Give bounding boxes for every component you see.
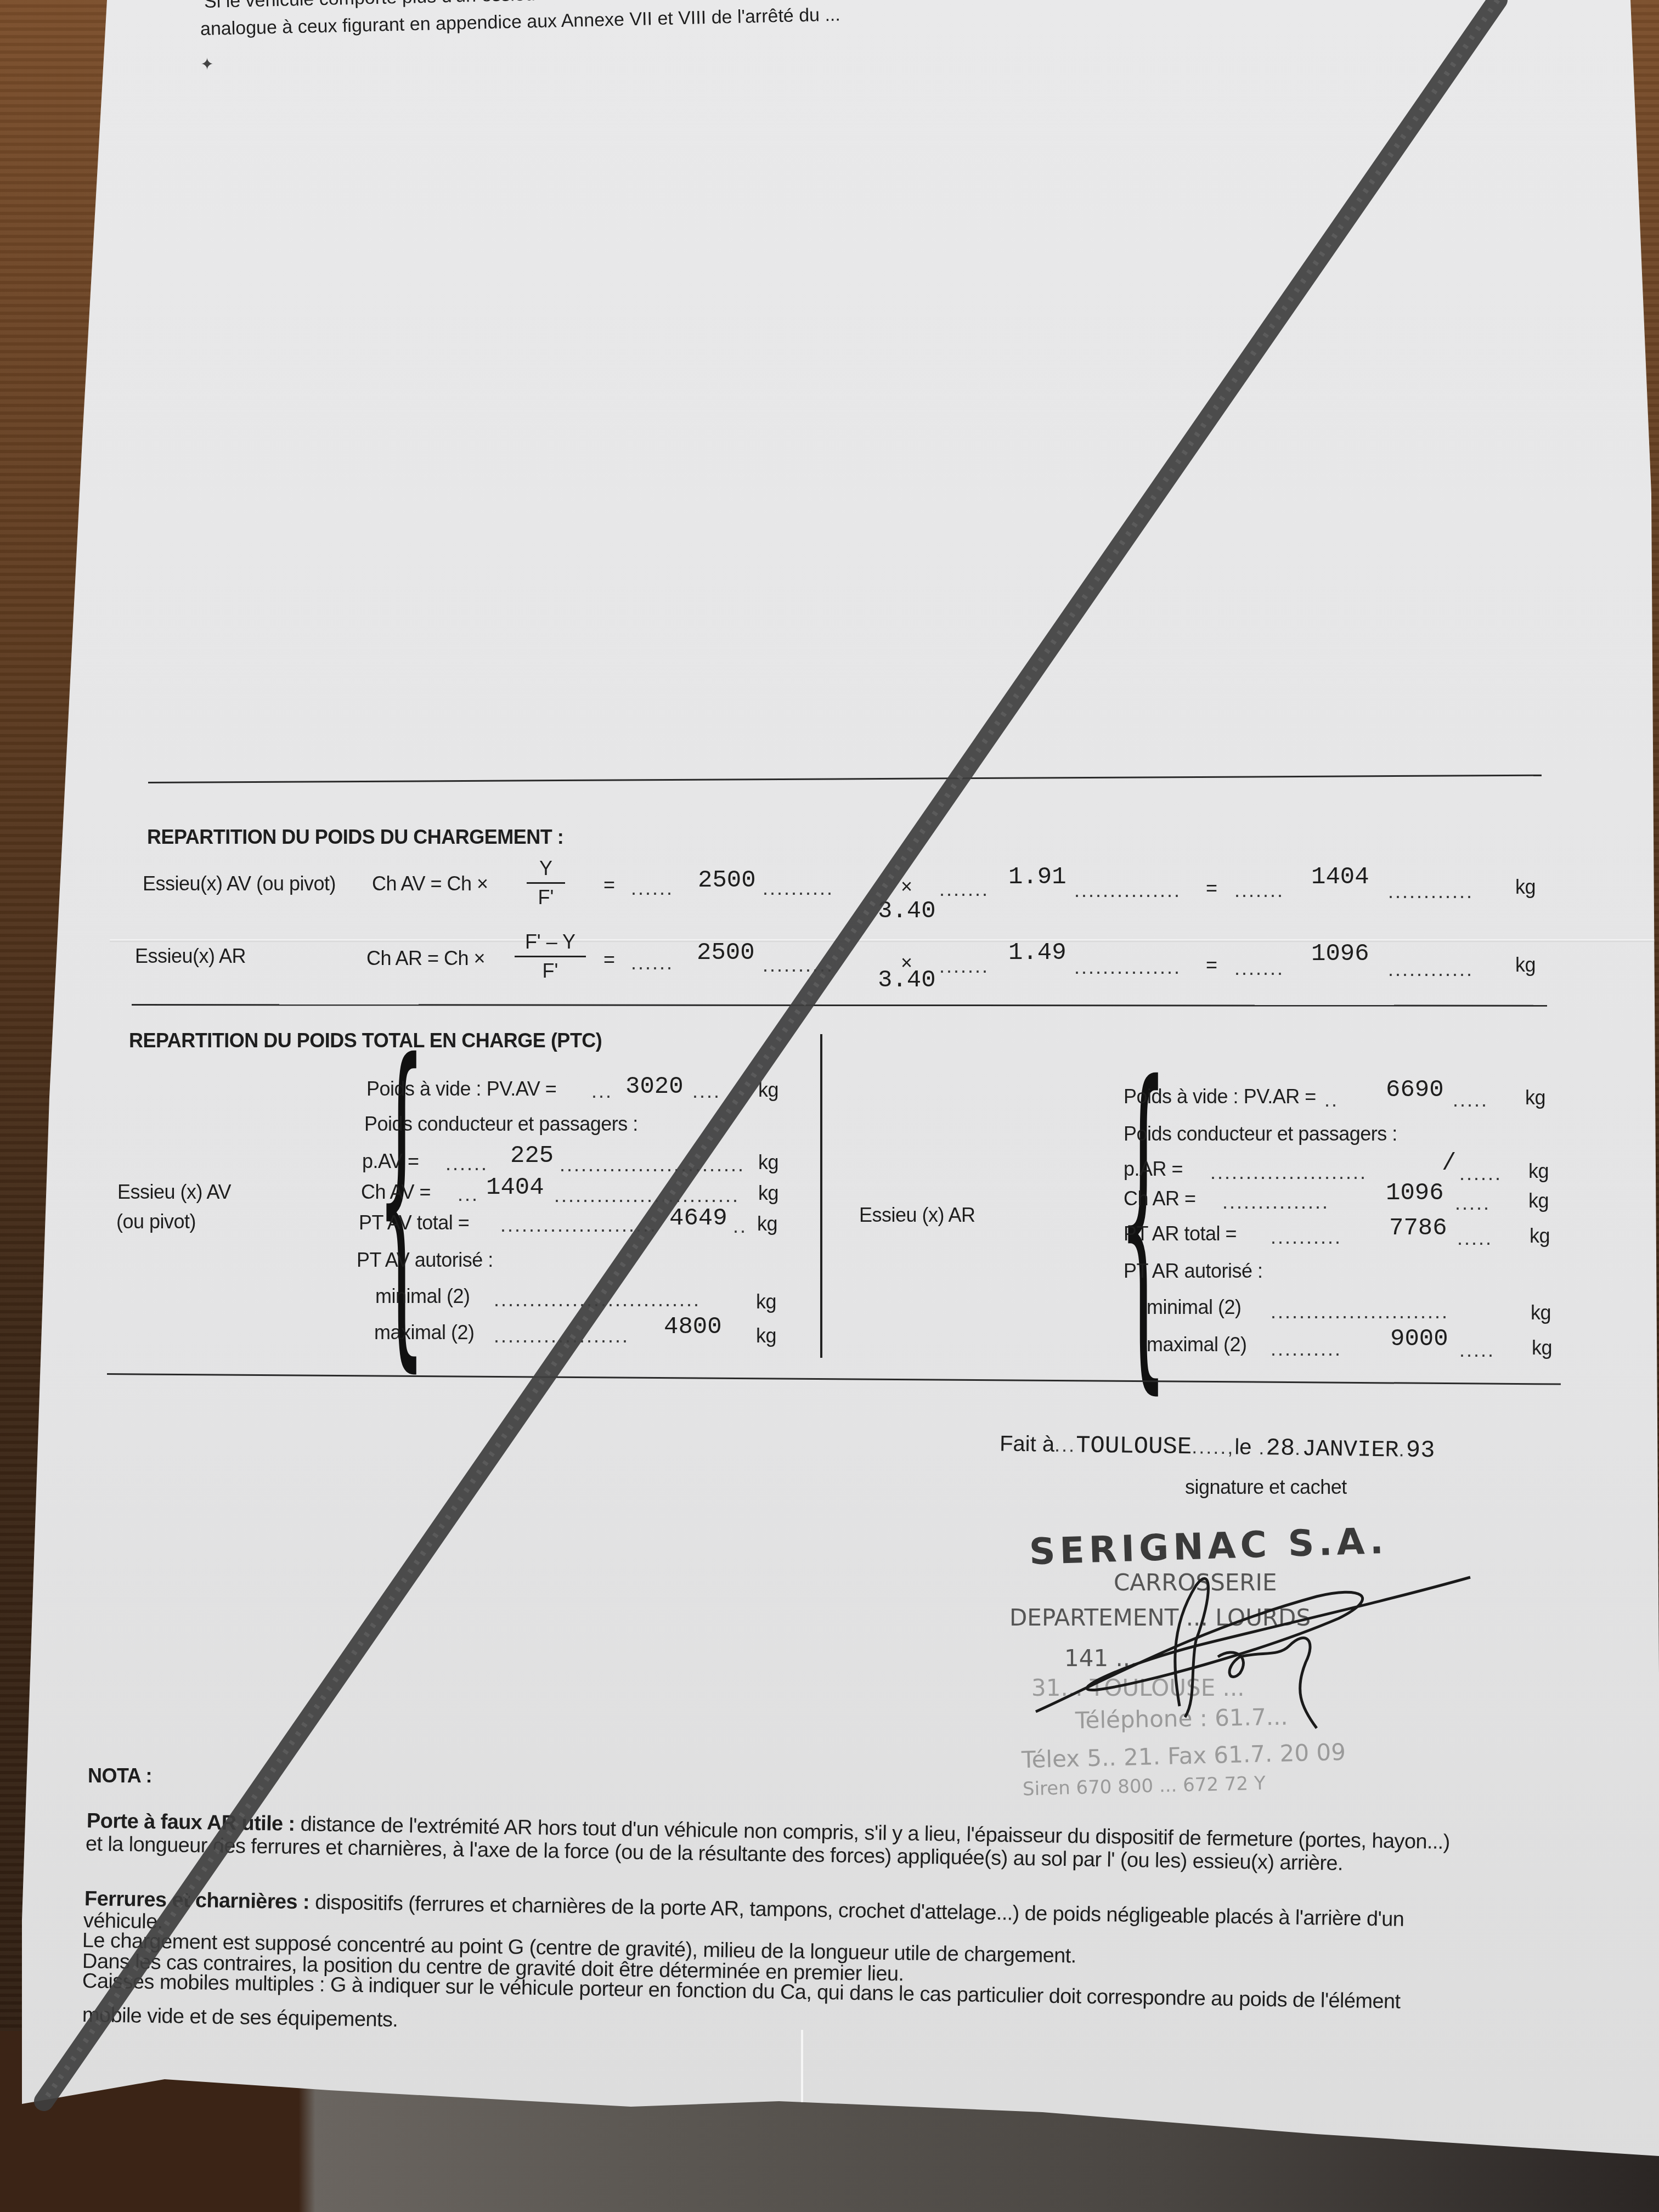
unit-kg: kg — [756, 1290, 776, 1313]
factor-field[interactable]: 1.91 — [1008, 864, 1066, 891]
made-at-label: Fait à — [1000, 1431, 1055, 1456]
dotted-leader: ................... — [494, 1324, 629, 1347]
dotted-leader: .... — [692, 1080, 721, 1103]
numerator: Y — [527, 857, 565, 884]
authorized-label: PT AV autorisé : — [357, 1249, 493, 1272]
axle-label: Essieu(x) AR — [135, 945, 246, 968]
dotted-leader: ............... — [1074, 956, 1181, 979]
dotted-leader: ....... — [1234, 957, 1284, 980]
nota-term: Porte à faux AR utile : — [87, 1809, 295, 1836]
dotted-leader: ............ — [1388, 880, 1474, 903]
load-distribution-title: REPARTITION DU POIDS DU CHARGEMENT : — [147, 826, 563, 849]
stamp-siren: Siren 670 800 ... 672 72 Y — [1023, 1773, 1266, 1801]
year-field[interactable]: 93 — [1406, 1437, 1435, 1465]
dotted-leader: .......................... — [560, 1153, 745, 1176]
dotted-leader: ............... — [1222, 1190, 1329, 1214]
rear-axle-label: Essieu (x) AR — [859, 1204, 975, 1227]
dotted-leader: ..... — [1453, 1088, 1488, 1111]
column-divider — [820, 1034, 822, 1358]
max-field[interactable]: 9000 — [1390, 1325, 1448, 1353]
p-field[interactable]: 225 — [510, 1142, 554, 1170]
total-field[interactable]: 4649 — [669, 1205, 727, 1232]
pencil-mark-icon: ✦ — [200, 55, 214, 74]
dotted-leader: .. — [1324, 1088, 1339, 1111]
dotted-leader: ...... — [631, 951, 674, 974]
numerator: F' – Y — [515, 930, 586, 957]
divider — [148, 775, 1542, 783]
header-line-1: Si le véhicule comporte plus d'un essieu… — [204, 0, 556, 13]
max-field[interactable]: 4800 — [664, 1313, 722, 1341]
result-field[interactable]: 1404 — [1311, 864, 1369, 891]
front-axle-label-2: (ou pivot) — [116, 1210, 196, 1233]
divisor-field[interactable]: 3.40 — [878, 967, 936, 994]
dotted-leader: ...... — [1459, 1162, 1502, 1185]
unit-kg: kg — [1528, 1160, 1549, 1183]
ch-field[interactable]: 1404 — [486, 1174, 544, 1201]
unit-kg: kg — [1525, 1086, 1545, 1109]
denominator: F' — [527, 884, 565, 909]
ptc-distribution-title: REPARTITION DU POIDS TOTAL EN CHARGE (PT… — [129, 1029, 602, 1052]
equals-sign: = — [603, 873, 615, 896]
dotted-leader: ..... — [1459, 1339, 1495, 1362]
total-field[interactable]: 7786 — [1389, 1215, 1447, 1242]
dotted-leader: .......... — [763, 877, 834, 900]
unit-kg: kg — [1532, 1336, 1552, 1359]
p-label: p.AV = — [362, 1150, 419, 1173]
times-sign: × — [901, 875, 912, 898]
nota-paragraph-2: Ferrures et charnières : dispositifs (fe… — [84, 1887, 1404, 1932]
total-label: PT AR total = — [1124, 1222, 1237, 1245]
divisor-field[interactable]: 3.40 — [878, 898, 936, 925]
unit-kg: kg — [1515, 876, 1536, 899]
unit-kg: kg — [1531, 1301, 1551, 1324]
nota-line: mobile vide et de ses équipements. — [82, 2004, 398, 2032]
authorized-label: PT AR autorisé : — [1124, 1260, 1262, 1283]
max-label: maximal (2) — [1147, 1333, 1247, 1356]
ch-label: Ch AV = — [361, 1181, 431, 1204]
formula-lhs: Ch AV = Ch × — [372, 872, 488, 895]
made-at-line: Fait à...TOULOUSE.....,le .28.JANVIER.93 — [1000, 1431, 1435, 1464]
factor-field[interactable]: 1.49 — [1008, 939, 1066, 967]
equals-sign: = — [603, 948, 615, 971]
empty-weight-field[interactable]: 3020 — [625, 1073, 684, 1101]
dotted-leader: ... — [591, 1080, 613, 1103]
empty-weight-label: Poids à vide : PV.AR = — [1124, 1085, 1316, 1108]
document: Si le véhicule comporte plus d'un essieu… — [0, 0, 1659, 2212]
equals-sign: = — [1206, 877, 1217, 900]
unit-kg: kg — [758, 1079, 778, 1102]
formula-fraction: Y F' — [527, 857, 565, 909]
dotted-leader: .......... — [1271, 1226, 1342, 1249]
divider — [132, 1004, 1547, 1007]
dotted-leader: ...................... — [500, 1214, 657, 1237]
dotted-leader: ....... — [1234, 879, 1284, 902]
dotted-leader: ...................... — [1210, 1161, 1367, 1184]
dotted-leader: ......................... — [1271, 1300, 1449, 1323]
unit-kg: kg — [1528, 1189, 1549, 1212]
p-field[interactable]: / — [1442, 1150, 1456, 1177]
empty-weight-field[interactable]: 6690 — [1386, 1076, 1444, 1104]
dotted-leader: ..... — [1457, 1227, 1493, 1250]
unit-kg: kg — [757, 1212, 777, 1235]
min-label: minimal (2) — [375, 1285, 470, 1308]
axle-label: Essieu(x) AV (ou pivot) — [143, 872, 336, 895]
passengers-label: Poids conducteur et passagers : — [1124, 1122, 1397, 1145]
dotted-leader: ...... — [445, 1152, 488, 1175]
min-label: minimal (2) — [1147, 1296, 1242, 1319]
unit-kg: kg — [758, 1182, 778, 1205]
dotted-leader: .......... — [763, 953, 834, 977]
formula-fraction: F' – Y F' — [515, 930, 586, 983]
ch-label: Ch AR = — [1124, 1187, 1196, 1210]
dotted-leader: .......... — [1271, 1338, 1342, 1361]
total-label: PT AV total = — [359, 1211, 469, 1234]
handwritten-signature — [1031, 1564, 1481, 1745]
dotted-leader: .. — [733, 1215, 747, 1238]
signature-caption: signature et cachet — [1185, 1476, 1347, 1499]
dotted-leader: ..... — [1455, 1192, 1491, 1215]
nota-title: NOTA : — [88, 1764, 152, 1787]
ch-value-field[interactable]: 2500 — [698, 867, 756, 894]
unit-kg: kg — [1530, 1224, 1550, 1248]
nota-text: dispositifs (ferrures et charnières de l… — [315, 1891, 1404, 1931]
month-field[interactable]: JANVIER — [1302, 1436, 1399, 1463]
ch-value-field[interactable]: 2500 — [697, 939, 755, 967]
divider — [107, 1373, 1561, 1385]
empty-weight-label: Poids à vide : PV.AV = — [366, 1077, 556, 1101]
unit-kg: kg — [1515, 953, 1536, 977]
unit-kg: kg — [756, 1324, 776, 1347]
equals-sign: = — [1206, 953, 1217, 977]
dotted-leader: ....... — [939, 878, 989, 901]
denominator: F' — [515, 957, 586, 983]
dotted-leader: ...... — [631, 877, 674, 900]
ch-field[interactable]: 1096 — [1386, 1180, 1444, 1207]
dotted-leader: ... — [458, 1183, 479, 1206]
p-label: p.AR = — [1124, 1158, 1183, 1181]
unit-kg: kg — [758, 1151, 778, 1174]
dotted-leader: .......................... — [554, 1184, 740, 1207]
max-label: maximal (2) — [374, 1321, 475, 1344]
place-field[interactable]: TOULOUSE — [1076, 1432, 1192, 1461]
day-field[interactable]: 28 — [1266, 1435, 1295, 1463]
dotted-leader: ............................. — [494, 1288, 701, 1311]
formula-lhs: Ch AR = Ch × — [366, 947, 485, 970]
dotted-leader: ....... — [939, 955, 989, 978]
front-axle-label: Essieu (x) AV — [117, 1181, 231, 1204]
dotted-leader: ............... — [1074, 879, 1181, 902]
passengers-label: Poids conducteur et passagers : — [364, 1113, 638, 1136]
date-label: le — [1234, 1435, 1252, 1459]
result-field[interactable]: 1096 — [1311, 940, 1369, 968]
dotted-leader: ............ — [1388, 958, 1474, 981]
